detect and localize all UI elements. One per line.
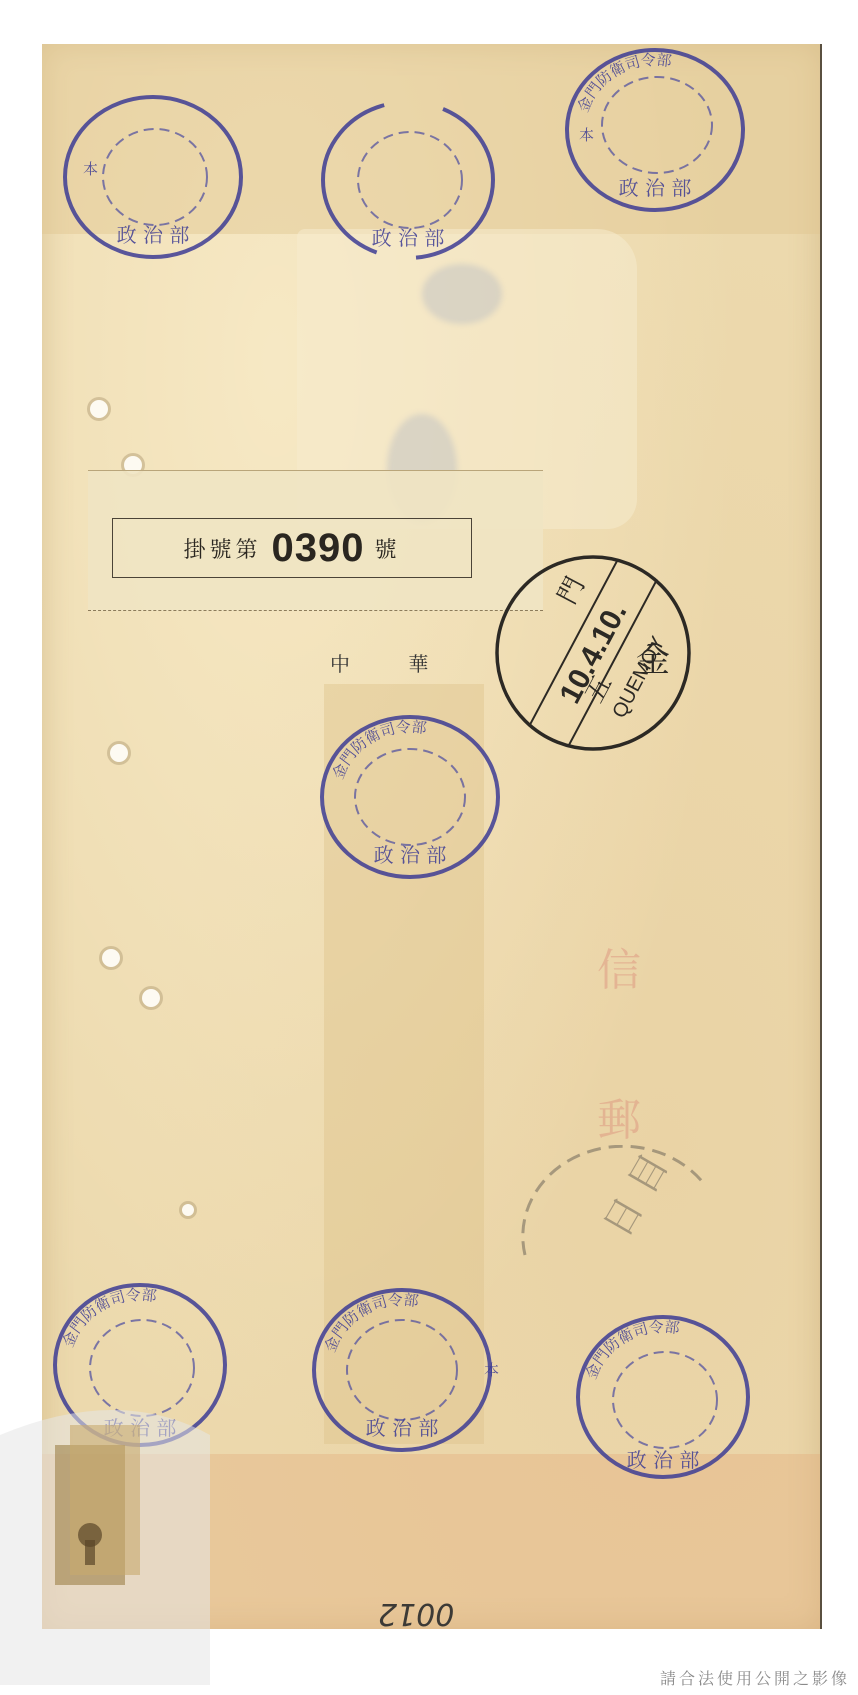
registration-label: 掛號第 0390 號 (112, 518, 472, 578)
svg-text:政 治 部: 政 治 部 (374, 843, 447, 867)
punch-hole (182, 1204, 194, 1216)
punch-hole (142, 989, 160, 1007)
registration-suffix: 號 (374, 533, 400, 564)
svg-text:本: 本 (83, 160, 98, 178)
printed-text: 中 華 (330, 648, 454, 677)
svg-text:政 治 部: 政 治 部 (372, 226, 445, 250)
punch-hole (102, 949, 120, 967)
svg-text:金門防衛司令部: 金門防衛司令部 (574, 51, 673, 115)
postmark: 10.4.10. QUEMOY 門 金 五 (488, 553, 698, 753)
svg-text:本: 本 (579, 126, 594, 144)
faint-stamp: 日 目 (505, 1145, 715, 1315)
svg-text:門: 門 (552, 572, 591, 609)
handwritten-number: 0012 (378, 1596, 454, 1631)
usage-watermark: 請合法使用公開之影像 (660, 1666, 850, 1689)
svg-text:政 治 部: 政 治 部 (619, 176, 692, 200)
seal-bottom-center: 金門防衛司令部 本 政 治 部 (312, 1285, 492, 1455)
svg-text:金門防衛司令部: 金門防衛司令部 (582, 1318, 681, 1382)
seal-center: 金門防衛司令部 政 治 部 (320, 712, 500, 882)
registration-prefix: 掛號第 (183, 533, 261, 564)
archive-logo (0, 1385, 210, 1685)
svg-text:金門防衛司令部: 金門防衛司令部 (321, 1291, 420, 1355)
svg-text:金門防衛司令部: 金門防衛司令部 (59, 1286, 158, 1350)
svg-text:本: 本 (484, 1361, 499, 1379)
svg-text:政 治 部: 政 治 部 (627, 1448, 700, 1472)
seal-top-center: 政 治 部 (318, 95, 498, 265)
punch-hole (90, 400, 108, 418)
svg-text:金: 金 (636, 641, 670, 679)
seal-top-left: 本 政 治 部 (63, 92, 243, 262)
svg-text:日 目: 日 目 (595, 1146, 677, 1244)
faint-red-mark: 信 (597, 934, 641, 998)
punch-hole (110, 744, 128, 762)
registration-number: 0390 (272, 526, 365, 571)
faint-red-mark: 郵 (597, 1084, 641, 1148)
ink-smudge (422, 264, 502, 324)
svg-text:政 治 部: 政 治 部 (117, 223, 190, 247)
svg-text:政 治 部: 政 治 部 (366, 1416, 439, 1440)
seal-bottom-right: 金門防衛司令部 政 治 部 (573, 1312, 753, 1482)
seal-top-right: 金門防衛司令部 本 政 治 部 (565, 45, 745, 215)
